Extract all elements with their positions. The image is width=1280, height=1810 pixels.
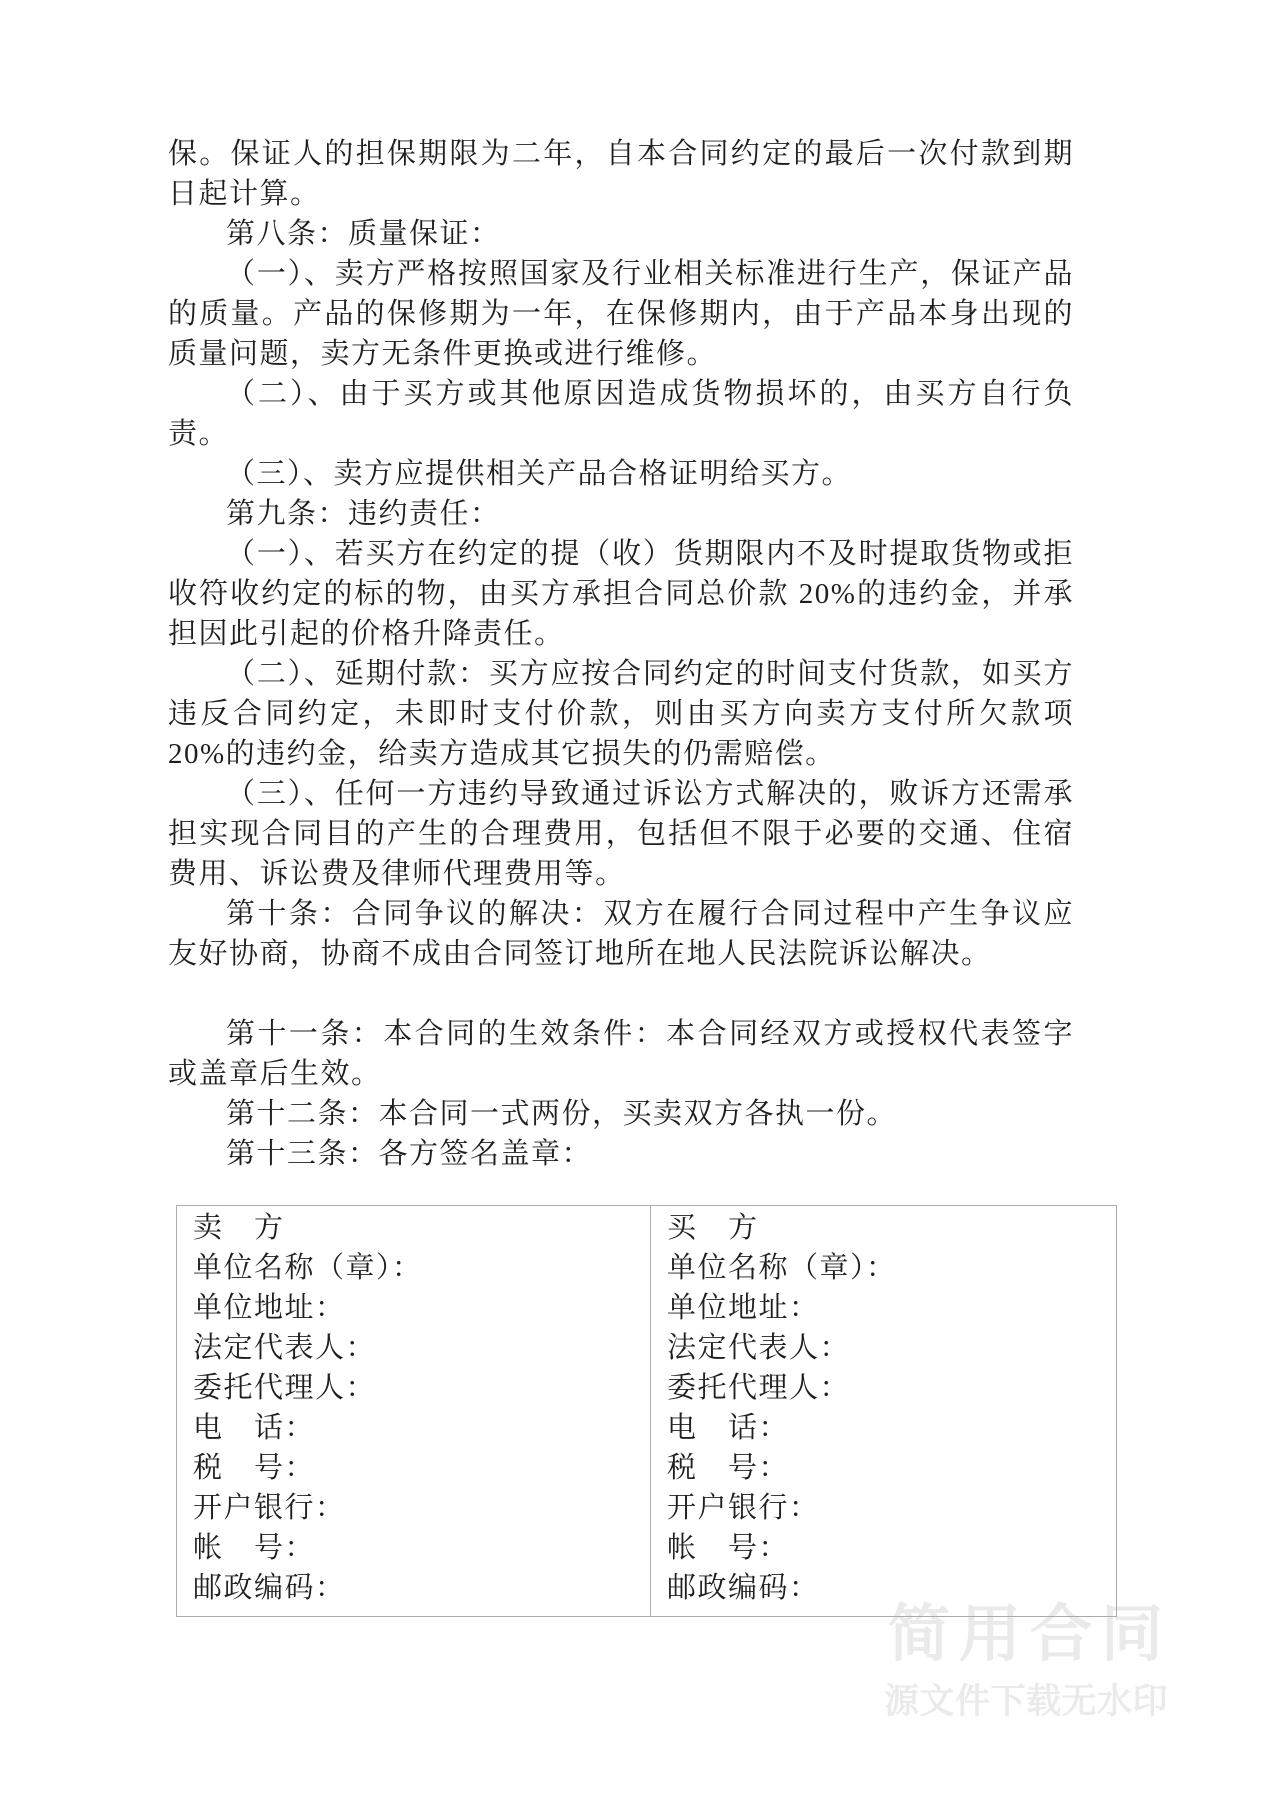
buyer-cell: 买 方 单位名称（章）： 单位地址： 法定代表人： 委托代理人： 电 话： 税 … [651, 1206, 1117, 1617]
seller-field-agent: 委托代理人： [193, 1368, 642, 1408]
contract-paragraph: （三）、卖方应提供相关产品合格证明给买方。 [168, 454, 1074, 494]
seller-party-label: 卖 方 [193, 1208, 642, 1248]
contract-paragraph: （一）、卖方严格按照国家及行业相关标准进行生产，保证产品的质量。产品的保修期为一… [168, 254, 1074, 374]
contract-paragraph: 第九条：违约责任： [168, 494, 1074, 534]
contract-body: 保。保证人的担保期限为二年，自本合同约定的最后一次付款到期日起计算。 第八条：质… [168, 134, 1074, 1174]
seller-field-tax-no: 税 号： [193, 1448, 642, 1488]
contract-paragraph: 第十三条：各方签名盖章： [168, 1134, 1074, 1174]
buyer-field-postcode: 邮政编码： [667, 1568, 1108, 1608]
contract-paragraph: 第十一条：本合同的生效条件：本合同经双方或授权代表签字或盖章后生效。 [168, 1014, 1074, 1094]
buyer-field-bank: 开户银行： [667, 1488, 1108, 1528]
seller-field-address: 单位地址： [193, 1288, 642, 1328]
seller-field-company-name: 单位名称（章）： [193, 1248, 642, 1288]
seller-field-postcode: 邮政编码： [193, 1568, 642, 1608]
contract-page: 保。保证人的担保期限为二年，自本合同约定的最后一次付款到期日起计算。 第八条：质… [0, 0, 1280, 1810]
buyer-party-label: 买 方 [667, 1208, 1108, 1248]
seller-field-bank: 开户银行： [193, 1488, 642, 1528]
buyer-field-tax-no: 税 号： [667, 1448, 1108, 1488]
buyer-field-company-name: 单位名称（章）： [667, 1248, 1108, 1288]
buyer-field-legal-rep: 法定代表人： [667, 1328, 1108, 1368]
contract-paragraph: （三）、任何一方违约导致通过诉讼方式解决的，败诉方还需承担实现合同目的产生的合理… [168, 774, 1074, 894]
buyer-field-agent: 委托代理人： [667, 1368, 1108, 1408]
buyer-field-address: 单位地址： [667, 1288, 1108, 1328]
seller-field-legal-rep: 法定代表人： [193, 1328, 642, 1368]
contract-paragraph: （一）、若买方在约定的提（收）货期限内不及时提取货物或拒收符收约定的标的物，由买… [168, 534, 1074, 654]
watermark-subtitle: 源文件下载无水印 [884, 1674, 1168, 1724]
blank-line [168, 974, 1074, 1014]
contract-paragraph: 保。保证人的担保期限为二年，自本合同约定的最后一次付款到期日起计算。 [168, 134, 1074, 214]
contract-paragraph: 第十条：合同争议的解决：双方在履行合同过程中产生争议应友好协商，协商不成由合同签… [168, 894, 1074, 974]
seller-field-phone: 电 话： [193, 1408, 642, 1448]
signature-table-row: 卖 方 单位名称（章）： 单位地址： 法定代表人： 委托代理人： 电 话： 税 … [177, 1206, 1117, 1617]
buyer-field-phone: 电 话： [667, 1408, 1108, 1448]
seller-field-account-no: 帐 号： [193, 1528, 642, 1568]
seller-cell: 卖 方 单位名称（章）： 单位地址： 法定代表人： 委托代理人： 电 话： 税 … [177, 1206, 651, 1617]
buyer-field-account-no: 帐 号： [667, 1528, 1108, 1568]
contract-paragraph: 第八条：质量保证： [168, 214, 1074, 254]
signature-table: 卖 方 单位名称（章）： 单位地址： 法定代表人： 委托代理人： 电 话： 税 … [176, 1205, 1117, 1617]
contract-paragraph: 第十二条：本合同一式两份，买卖双方各执一份。 [168, 1094, 1074, 1134]
contract-paragraph: （二）、延期付款：买方应按合同约定的时间支付货款，如买方违反合同约定，未即时支付… [168, 654, 1074, 774]
contract-paragraph: （二）、由于买方或其他原因造成货物损坏的，由买方自行负责。 [168, 374, 1074, 454]
